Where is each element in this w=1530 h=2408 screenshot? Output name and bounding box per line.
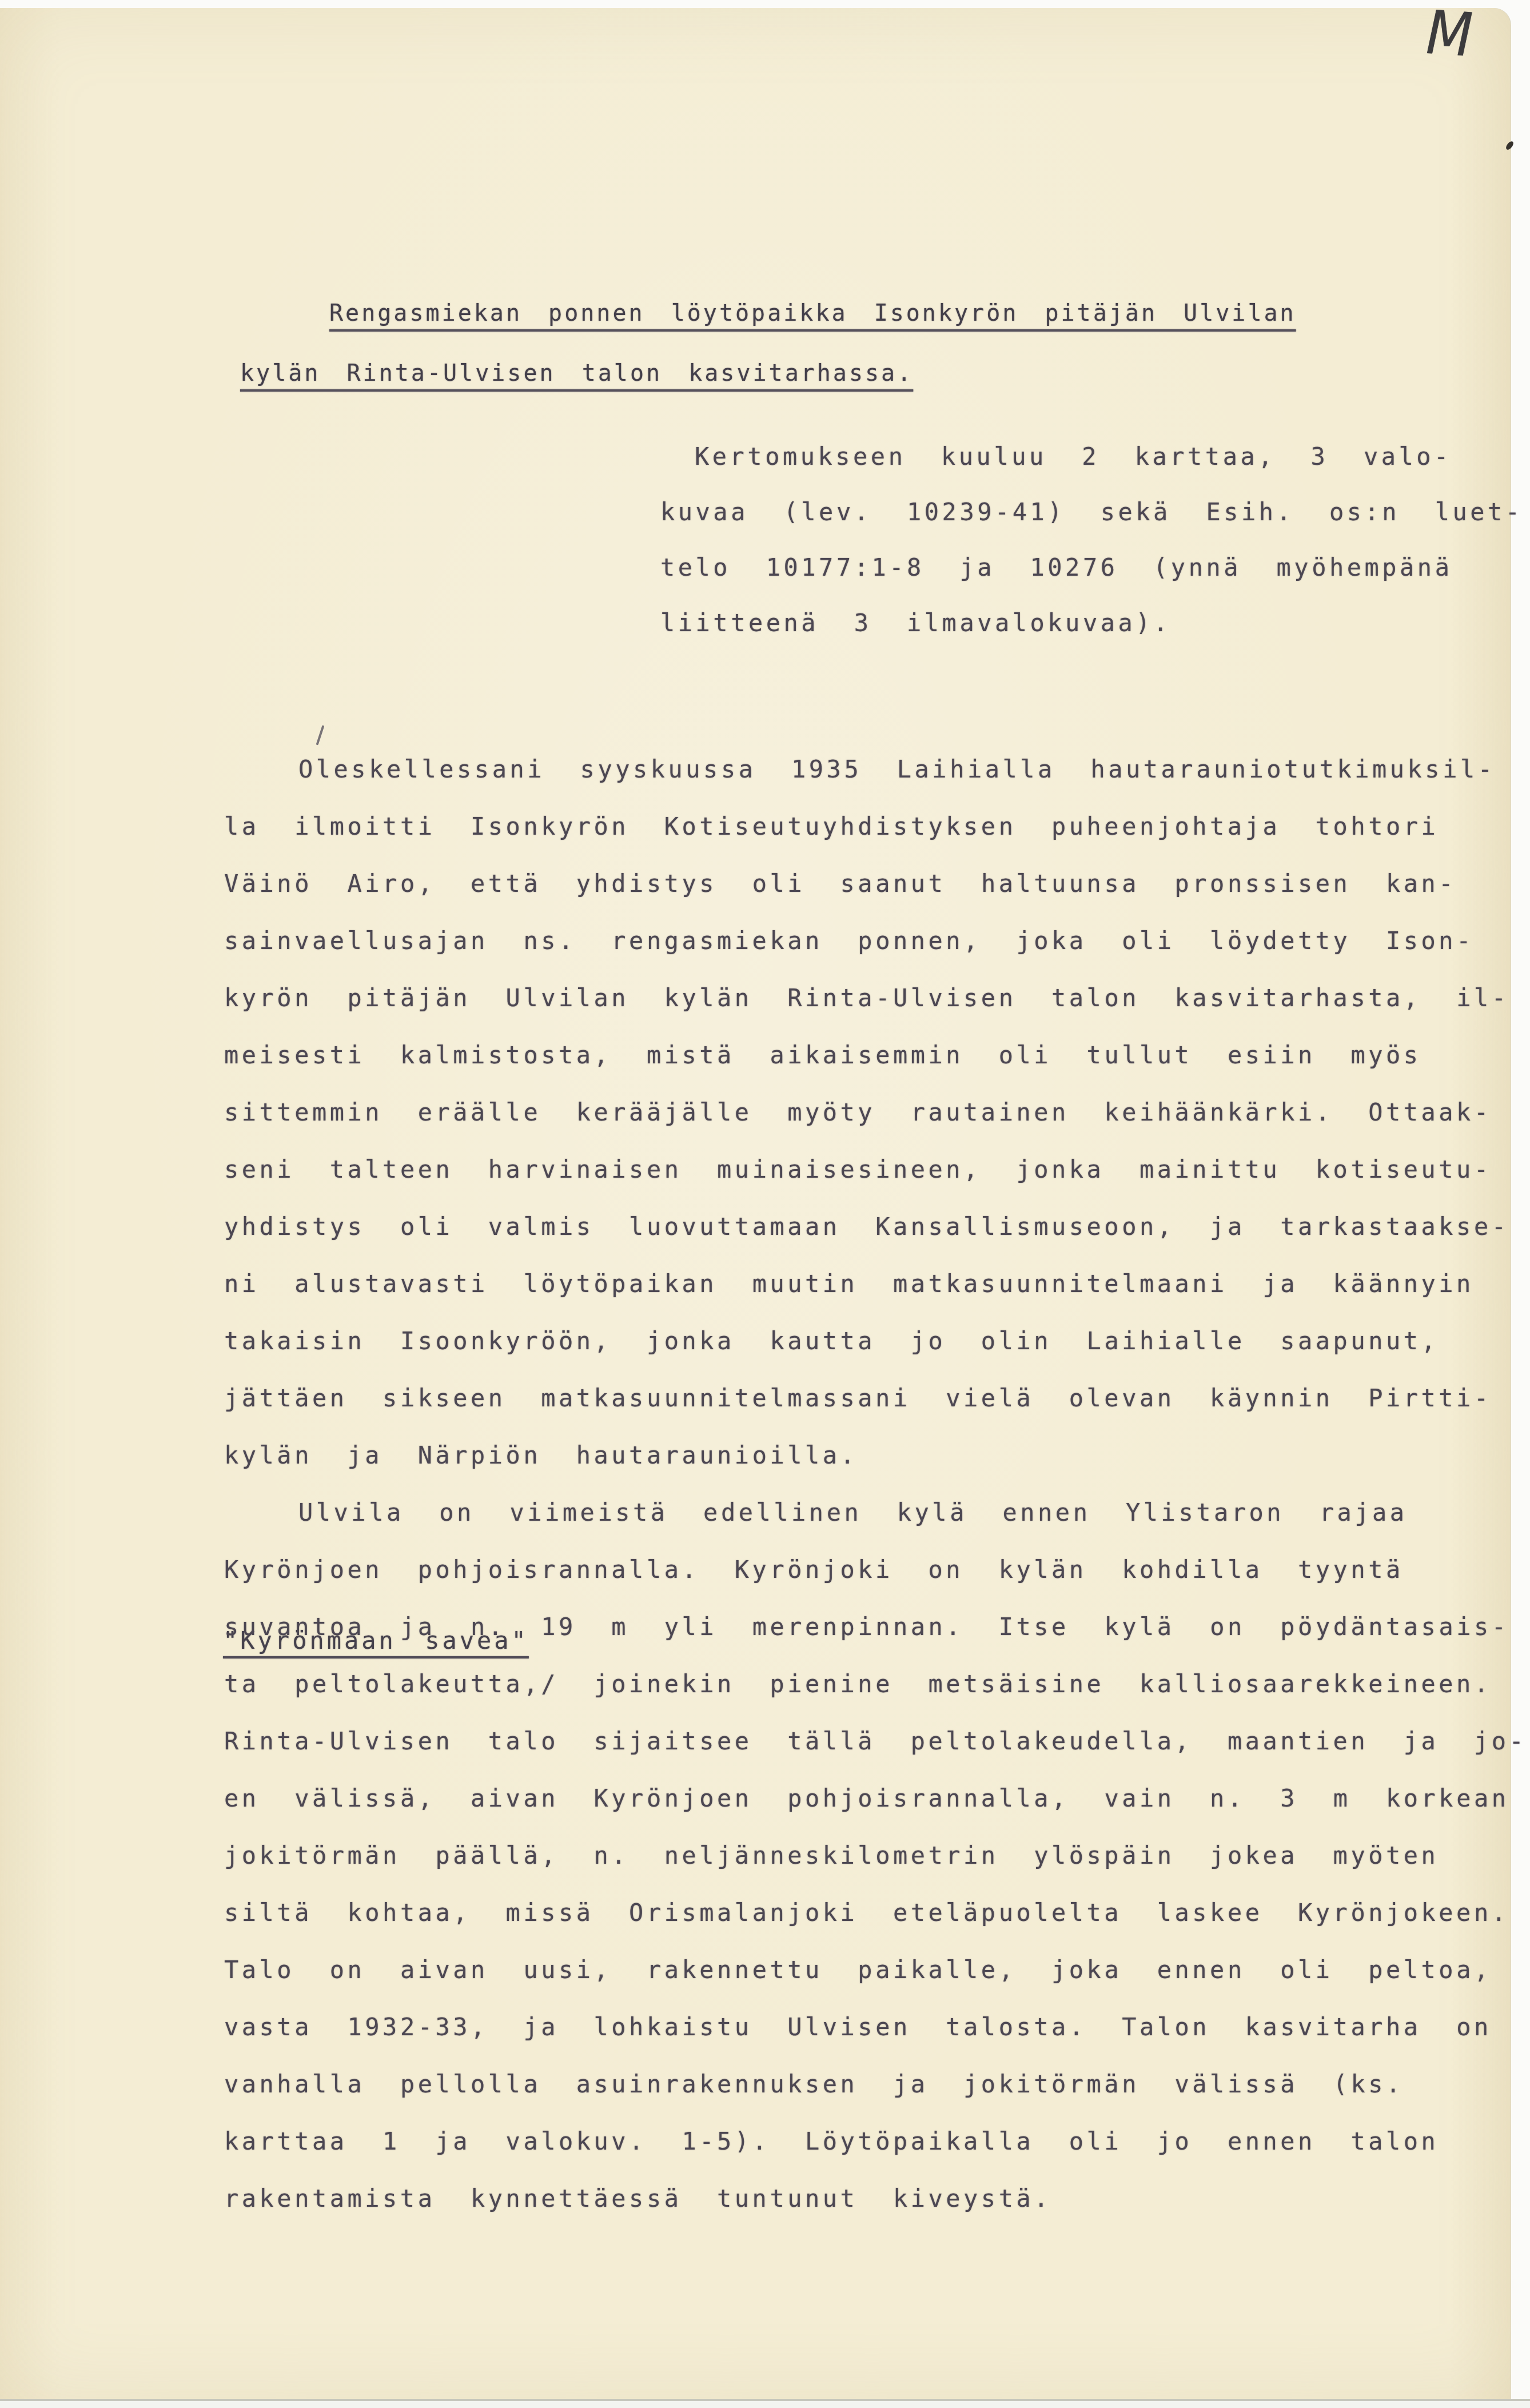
body-line: ta peltolakeutta,/ joinekin pienine mets… — [224, 1655, 1516, 1712]
attachment-note-line: kuvaa (lev. 10239-41) sekä Esih. os:n lu… — [660, 484, 1523, 540]
body-line: vasta 1932-33, ja lohkaistu Ulvisen talo… — [224, 1998, 1516, 2055]
body-line: jokitörmän päällä, n. neljänneskilometri… — [224, 1827, 1516, 1884]
body-line: Väinö Airo, että yhdistys oli saanut hal… — [224, 855, 1516, 912]
body-line: karttaa 1 ja valokuv. 1-5). Löytöpaikall… — [224, 2112, 1516, 2170]
attachment-note-text: Kertomukseen kuuluu 2 karttaa, 3 valo- — [695, 442, 1452, 471]
body-line: rakentamista kynnettäessä tuntunut kivey… — [224, 2170, 1516, 2227]
body-line: yhdistys oli valmis luovuttamaan Kansall… — [224, 1198, 1516, 1255]
attachment-note: Kertomukseen kuuluu 2 karttaa, 3 valo- k… — [660, 429, 1523, 651]
attachment-note-line: liitteenä 3 ilmavalokuvaa). — [660, 595, 1523, 651]
scan-bottom-edge — [0, 2399, 1530, 2408]
title-line: kylän Rinta-Ulvisen talon kasvitarhassa. — [240, 343, 1296, 403]
scanned-document-page: M Rengasmiekan ponnen löytöpaikka Isonky… — [0, 0, 1530, 2408]
body-text: Oleskellessani syyskuussa 1935 Laihialla… — [224, 740, 1516, 2227]
body-line: la ilmoitti Isonkyrön Kotiseutuyhdistyks… — [224, 798, 1516, 855]
attachment-note-text: liitteenä 3 ilmavalokuvaa). — [660, 609, 1171, 637]
attachment-note-line: Kertomukseen kuuluu 2 karttaa, 3 valo- — [660, 429, 1523, 484]
body-line: kyrön pitäjän Ulvilan kylän Rinta-Ulvise… — [224, 969, 1516, 1026]
body-line: Kyrönjoen pohjoisrannalla. Kyrönjoki on … — [224, 1541, 1516, 1598]
body-line: sittemmin eräälle kerääjälle myöty rauta… — [224, 1083, 1516, 1141]
title-text: kylän Rinta-Ulvisen talon kasvitarhassa. — [240, 360, 913, 386]
body-line: en välissä, aivan Kyrönjoen pohjoisranna… — [224, 1769, 1516, 1827]
body-line: suvantoa ja n. 19 m yli merenpinnan. Its… — [224, 1598, 1516, 1655]
body-line: Rinta-Ulvisen talo sijaitsee tällä pelto… — [224, 1712, 1516, 1769]
body-line: jättäen sikseen matkasuunnitelmassani vi… — [224, 1369, 1516, 1426]
attachment-note-text: telo 10177:1-8 ja 10276 (ynnä myöhempänä — [660, 553, 1452, 581]
title-line: Rengasmiekan ponnen löytöpaikka Isonkyrö… — [240, 283, 1296, 343]
body-line: ni alustavasti löytöpaikan muutin matkas… — [224, 1255, 1516, 1312]
body-line: kylän ja Närpiön hautaraunioilla. — [224, 1426, 1516, 1484]
body-line: Ulvila on viimeistä edellinen kylä ennen… — [224, 1484, 1516, 1541]
body-line: takaisin Isoonkyröön, jonka kautta jo ol… — [224, 1312, 1516, 1369]
attachment-note-text: kuvaa (lev. 10239-41) sekä Esih. os:n lu… — [660, 498, 1523, 526]
body-line: Talo on aivan uusi, rakennettu paikalle,… — [224, 1941, 1516, 1998]
title-text: Rengasmiekan ponnen löytöpaikka Isonkyrö… — [329, 300, 1296, 326]
body-line: sainvaellusajan ns. rengasmiekan ponnen,… — [224, 912, 1516, 969]
body-line: Oleskellessani syyskuussa 1935 Laihialla… — [224, 740, 1516, 798]
body-line: siltä kohtaa, missä Orismalanjoki eteläp… — [224, 1884, 1516, 1941]
attachment-note-line: telo 10177:1-8 ja 10276 (ynnä myöhempänä — [660, 540, 1523, 595]
body-line: meisesti kalmistosta, mistä aikaisemmin … — [224, 1026, 1516, 1083]
document-title: Rengasmiekan ponnen löytöpaikka Isonkyrö… — [240, 283, 1296, 403]
body-line: vanhalla pellolla asuinrakennuksen ja jo… — [224, 2055, 1516, 2112]
body-line: seni talteen harvinaisen muinaisesineen,… — [224, 1141, 1516, 1198]
